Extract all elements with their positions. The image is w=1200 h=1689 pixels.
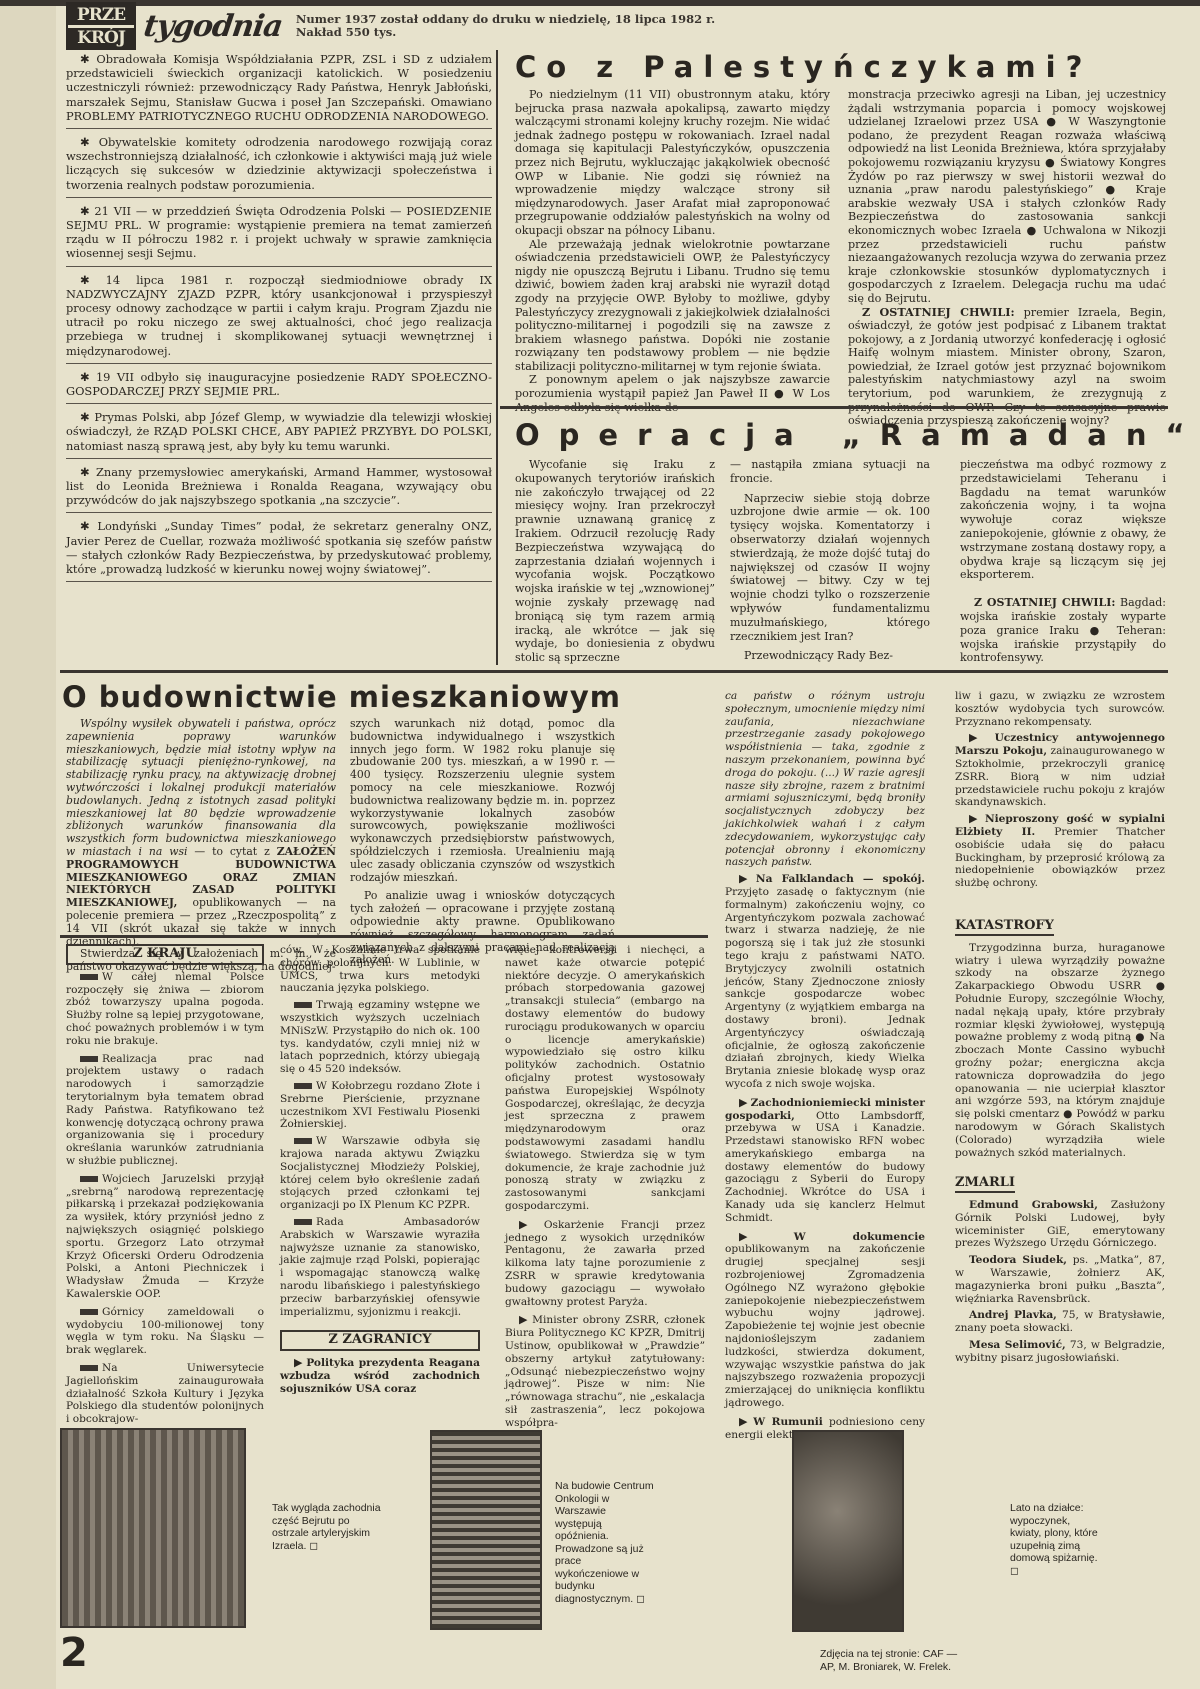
- ramadan-col1: Wycofanie się Iraku z okupowanych teryto…: [515, 458, 715, 665]
- logo-bottom: KRÓJ: [68, 28, 134, 48]
- block-bullet-icon: [294, 1219, 312, 1225]
- obituary-name: Teodora Siudek,: [969, 1254, 1067, 1266]
- section-head-z-zagranicy: Z ZAGRANICY: [280, 1330, 480, 1351]
- masthead: PRZE KRÓJ tygodnia Numer 1937 został odd…: [66, 2, 715, 50]
- news-item: W Warszawie odbyła się krajowa narada ak…: [280, 1135, 480, 1211]
- news-item: Polityka prezydenta Reagana wzbudza wśró…: [280, 1357, 480, 1395]
- late-news-label: Z OSTATNIEJ CHWILI:: [862, 305, 1015, 319]
- budownictwo-col2: szych warunkach niż dotąd, pomoc dla bud…: [350, 718, 615, 967]
- article-paragraph: Po niedzielnym (11 VII) obustronnym atak…: [515, 88, 830, 238]
- section-rule: [60, 670, 1168, 673]
- arrow-bullet-icon: ▶: [739, 1230, 791, 1243]
- photo-beirut: [60, 1428, 246, 1628]
- block-bullet-icon: [80, 1309, 98, 1315]
- block-bullet-icon: [294, 1138, 312, 1144]
- news-snippet: ✱ 14 lipca 1981 r. rozpoczął siedmiodnio…: [66, 273, 492, 364]
- article-title-ramadan: Operacja „Ramadan“: [515, 418, 1200, 452]
- news-snippets-column: ✱ Obradowała Komisja Współdziałania PZPR…: [66, 52, 492, 588]
- photo-caption: Tak wygląda zachodnia część Bejrutu po o…: [272, 1502, 382, 1552]
- photo-caption: Lato na działce: wypoczynek, kwiaty, plo…: [1010, 1502, 1098, 1577]
- section-head-katastrofy: KATASTROFY: [955, 920, 1054, 936]
- obituary-item: Edmund Grabowski, Zasłużony Górnik Polsk…: [955, 1199, 1165, 1250]
- section-head-z-kraju: Z KRAJU: [66, 944, 264, 965]
- news-snippet: ✱ Znany przemysłowiec amerykański, Arman…: [66, 465, 492, 514]
- news-snippet: ✱ Londyński „Sunday Times” podał, że sek…: [66, 519, 492, 582]
- quote-text: ca państw o różnym ustroju społecznym, u…: [725, 690, 925, 869]
- column-divider: [496, 50, 498, 665]
- logo-top: PRZE: [68, 5, 134, 28]
- page-gutter: [0, 0, 56, 1689]
- article-text: Otto Lambsdorff, przebywa w USA i Kanadz…: [725, 1110, 925, 1224]
- newspaper-page: PRZE KRÓJ tygodnia Numer 1937 został odd…: [0, 0, 1200, 1689]
- arrow-bullet-icon: ▶: [294, 1356, 303, 1369]
- news-item: W całej niemal Polsce rozpoczęły się żni…: [66, 971, 264, 1047]
- article-text: — to cytat z: [187, 845, 276, 858]
- photo-credit: Zdjęcia na tej stronie: CAF — AP, M. Bro…: [820, 1648, 970, 1673]
- article-paragraph: Przewodniczący Rady Bez-: [730, 649, 930, 663]
- block-bullet-icon: [294, 1002, 312, 1008]
- section-title: tygodnia: [142, 9, 285, 44]
- article-title-palestyna: Co z Palestyńczykami?: [515, 50, 1092, 84]
- news-snippet: ✱ 19 VII odbyło się inauguracyjne posied…: [66, 370, 492, 404]
- news-snippet: ✱ Obradowała Komisja Współdziałania PZPR…: [66, 52, 492, 129]
- article-paragraph: Wycofanie się Iraku z okupowanych teryto…: [515, 458, 715, 665]
- article-paragraph: Trzygodzinna burza, huraganowe wiatry i …: [955, 942, 1165, 1160]
- news-item: Trwają egzaminy wstępne we wszystkich wy…: [280, 999, 480, 1075]
- news-headline: Na Falklandach — spokój.: [756, 873, 925, 885]
- arrow-bullet-icon: ▶: [519, 1313, 529, 1326]
- article-paragraph: monstracja przeciwko agresji na Liban, j…: [848, 88, 1166, 306]
- z-kraju-col2: ców. W Koszalinie trwa spotkanie chórów …: [280, 944, 480, 1396]
- przekroj-logo: PRZE KRÓJ: [66, 2, 136, 50]
- article-title-budownictwo: O budownictwie mieszkaniowym: [62, 680, 621, 714]
- foreign-news-col3: ca państw o różnym ustroju społecznym, u…: [725, 690, 925, 1441]
- arrow-bullet-icon: ▶: [739, 872, 753, 885]
- arrow-bullet-icon: ▶: [519, 1218, 541, 1231]
- page-number: 2: [60, 1630, 88, 1676]
- photo-oncology-center: [430, 1430, 542, 1630]
- news-headline: W dokumencie: [794, 1231, 925, 1243]
- obituary-item: Andrej Plavka, 75, w Bratysławie, znany …: [955, 1309, 1165, 1335]
- arrow-bullet-icon: ▶: [969, 812, 982, 825]
- palestyna-col2: monstracja przeciwko agresji na Liban, j…: [848, 88, 1166, 428]
- block-bullet-icon: [80, 1365, 98, 1371]
- print-run: Nakład 550 tys.: [296, 26, 715, 39]
- news-snippet: ✱ Prymas Polski, abp Józef Glemp, w wywi…: [66, 410, 492, 459]
- obituary-name: Andrej Plavka,: [969, 1309, 1057, 1321]
- section-head-zmarli: ZMARLI: [955, 1177, 1015, 1193]
- arrow-bullet-icon: ▶: [969, 731, 992, 744]
- article-paragraph: — nastąpiła zmiana sytuacji na froncie.: [730, 458, 930, 486]
- section-rule: [500, 406, 1168, 409]
- block-bullet-icon: [80, 974, 98, 980]
- article-text: Przyjęto zasadę o faktycznym (nie formal…: [725, 886, 925, 1090]
- photo-allotment-garden: [792, 1430, 904, 1632]
- news-item: Minister obrony ZSRR, członek Biura Poli…: [505, 1314, 705, 1428]
- imprint: Numer 1937 został oddany do druku w nied…: [296, 13, 715, 39]
- arrow-bullet-icon: ▶: [739, 1415, 750, 1428]
- news-item: Wojciech Jaruzelski przyjął „srebrną” na…: [66, 1173, 264, 1300]
- ramadan-col2: — nastąpiła zmiana sytuacji na froncie. …: [730, 458, 930, 663]
- news-item: Rada Ambasadorów Arabskich w Warszawie w…: [280, 1216, 480, 1318]
- photo-caption: Na budowie Centrum Onkologii w Warszawie…: [555, 1480, 655, 1605]
- obituary-name: Edmund Grabowski,: [969, 1199, 1098, 1211]
- block-bullet-icon: [294, 1083, 312, 1089]
- news-headline: W Rumunii: [753, 1416, 823, 1428]
- article-paragraph: liw i gazu, w związku ze wzrostem kosztó…: [955, 690, 1165, 728]
- quote-text: Wspólny wysiłek obywateli i państwa, opr…: [66, 717, 336, 858]
- foreign-news-col4: liw i gazu, w związku ze wzrostem kosztó…: [955, 690, 1165, 1365]
- news-item: więcej kontrowersji i niechęci, a nawet …: [505, 944, 705, 1213]
- z-kraju-col1: Z KRAJU W całej niemal Polsce rozpoczęły…: [66, 944, 264, 1426]
- obituary-item: Mesa Selimović, 73, w Belgradzie, wybitn…: [955, 1339, 1165, 1365]
- article-paragraph: Ale przeważają jednak wielokrotnie powta…: [515, 238, 830, 374]
- news-item: Na Uniwersytecie Jagiellońskim zainaugur…: [66, 1362, 264, 1425]
- article-paragraph: szych warunkach niż dotąd, pomoc dla bud…: [350, 718, 615, 884]
- obituary-name: Mesa Selimović,: [969, 1339, 1066, 1351]
- section-rule: [60, 935, 708, 938]
- arrow-bullet-icon: ▶: [739, 1096, 748, 1109]
- article-paragraph: Naprzeciw siebie stoją dobrze uzbrojone …: [730, 492, 930, 644]
- late-news-label: Z OSTATNIEJ CHWILI:: [974, 596, 1115, 609]
- z-zagranicy-col: więcej kontrowersji i niechęci, a nawet …: [505, 944, 705, 1429]
- news-snippet: ✱ 21 VII — w przeddzień Święta Odrodzeni…: [66, 204, 492, 267]
- news-item: ców. W Koszalinie trwa spotkanie chórów …: [280, 944, 480, 995]
- article-text: opublikowanym na zakończenie drugiej spe…: [725, 1243, 925, 1409]
- news-item: Realizacja prac nad projektem ustawy o r…: [66, 1053, 264, 1167]
- obituary-item: Teodora Siudek, ps. „Matka”, 87, w Warsz…: [955, 1254, 1165, 1305]
- news-item: Oskarżenie Francji przez jednego z wysok…: [505, 1219, 705, 1308]
- ramadan-col3: pieczeństwa ma odbyć rozmowy z przedstaw…: [960, 458, 1166, 665]
- palestyna-col1: Po niedzielnym (11 VII) obustronnym atak…: [515, 88, 830, 414]
- article-paragraph: pieczeństwa ma odbyć rozmowy z przedstaw…: [960, 458, 1166, 582]
- block-bullet-icon: [80, 1056, 98, 1062]
- block-bullet-icon: [80, 1176, 98, 1182]
- news-snippet: ✱ Obywatelskie komitety odrodzenia narod…: [66, 135, 492, 198]
